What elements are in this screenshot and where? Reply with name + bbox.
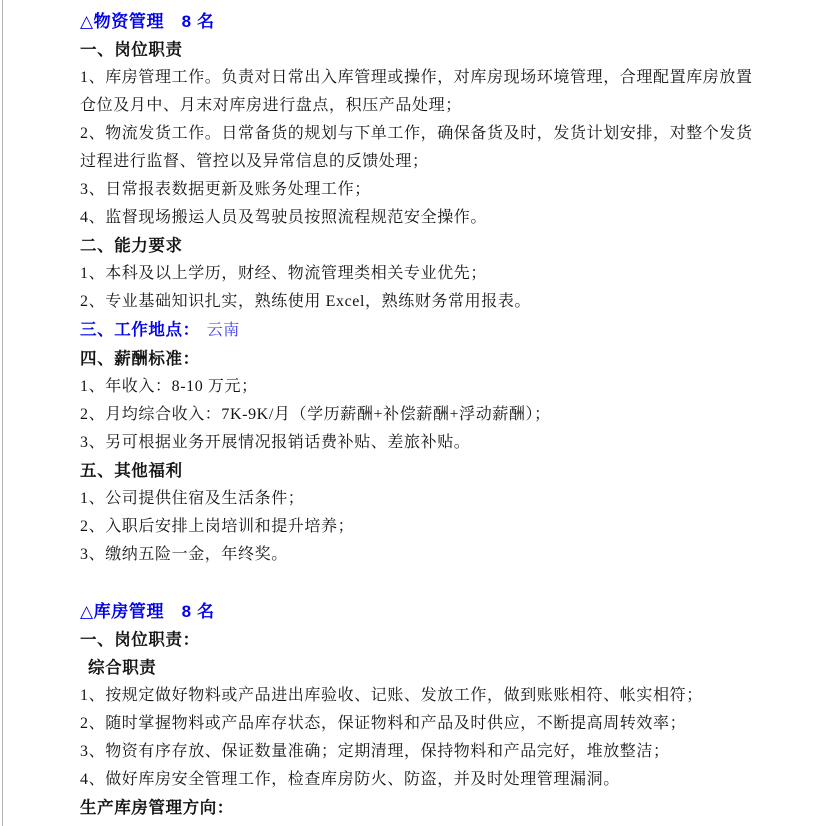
paragraph: 3、物资有序存放、保证数量准确；定期清理，保持物料和产品完好，堆放整洁； xyxy=(80,738,756,766)
paragraph: 2、入职后安排上岗培训和提升培养； xyxy=(80,513,756,541)
paragraph: 1、按规定做好物料或产品进出库验收、记账、发放工作，做到账账相符、帐实相符； xyxy=(80,682,756,710)
job-title: △物资管理 8 名 xyxy=(80,8,756,36)
paragraph: 3、另可根据业务开展情况报销话费补贴、差旅补贴。 xyxy=(80,429,756,457)
paragraph: 3、日常报表数据更新及账务处理工作； xyxy=(80,176,756,204)
paragraph: 2、物流发货工作。日常备货的规划与下单工作，确保备货及时，发货计划安排，对整个发… xyxy=(80,120,756,176)
section-heading: 一、岗位职责： xyxy=(80,626,756,654)
paragraph: 1、库房管理工作。负责对日常出入库管理或操作，对库房现场环境管理，合理配置库房放… xyxy=(80,64,756,120)
section-heading: 二、能力要求 xyxy=(80,232,756,260)
location-value: 云南 xyxy=(200,322,240,339)
document-body: △物资管理 8 名一、岗位职责1、库房管理工作。负责对日常出入库管理或操作，对库… xyxy=(80,8,756,822)
paragraph: 1、公司提供住宿及生活条件； xyxy=(80,485,756,513)
job-title: △库房管理 8 名 xyxy=(80,598,756,626)
job-section: △库房管理 8 名一、岗位职责：综合职责1、按规定做好物料或产品进出库验收、记账… xyxy=(80,598,756,822)
paragraph: 2、专业基础知识扎实，熟练使用 Excel，熟练财务常用报表。 xyxy=(80,288,756,316)
paragraph: 4、做好库房安全管理工作，检查库房防火、防盗，并及时处理管理漏洞。 xyxy=(80,766,756,794)
section-heading: 五、其他福利 xyxy=(80,457,756,485)
job-section: △物资管理 8 名一、岗位职责1、库房管理工作。负责对日常出入库管理或操作，对库… xyxy=(80,8,756,569)
paragraph: 1、年收入：8-10 万元； xyxy=(80,373,756,401)
paragraph: 2、月均综合收入：7K-9K/月（学历薪酬+补偿薪酬+浮动薪酬）； xyxy=(80,401,756,429)
section-heading: 四、薪酬标准： xyxy=(80,345,756,373)
paragraph: 2、随时掌握物料或产品库存状态，保证物料和产品及时供应，不断提高周转效率； xyxy=(80,710,756,738)
paragraph: 4、监督现场搬运人员及驾驶员按照流程规范安全操作。 xyxy=(80,204,756,232)
paragraph: 1、本科及以上学历，财经、物流管理类相关专业优先； xyxy=(80,260,756,288)
page-left-rule xyxy=(2,0,3,826)
section-heading: 一、岗位职责 xyxy=(80,36,756,64)
location-heading: 三、工作地点：云南 xyxy=(80,316,756,345)
paragraph: 3、缴纳五险一金，年终奖。 xyxy=(80,541,756,569)
sub-heading: 综合职责 xyxy=(80,654,756,682)
section-heading: 生产库房管理方向： xyxy=(80,794,756,822)
location-label: 三、工作地点： xyxy=(80,321,200,339)
